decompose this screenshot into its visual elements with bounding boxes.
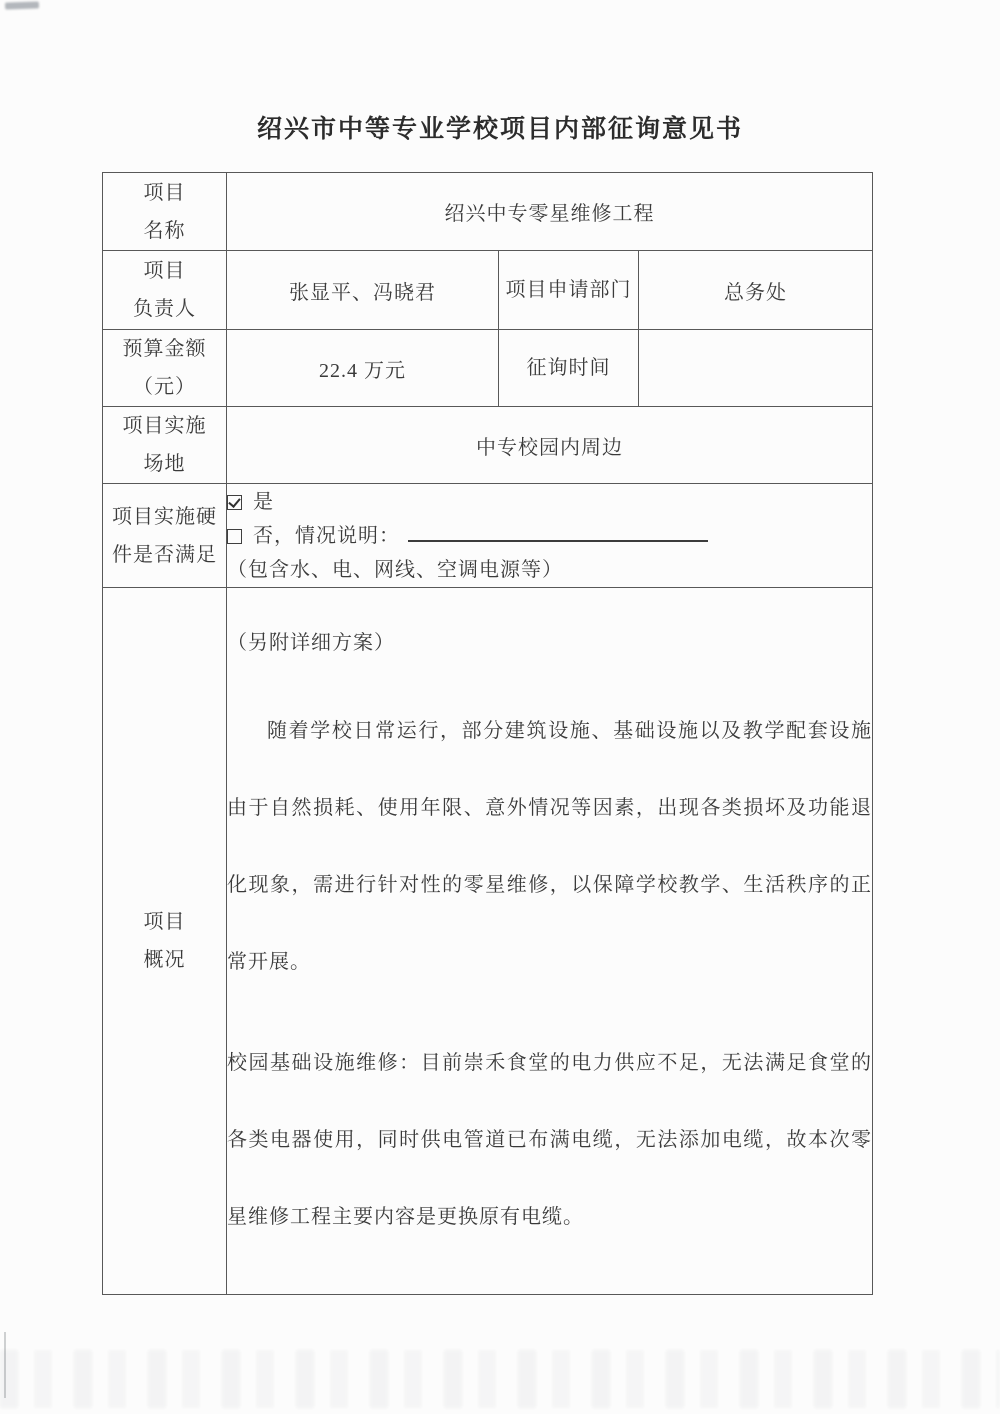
project-leader-label: 项目 负责人	[103, 251, 227, 330]
overview-content: （另附详细方案） 随着学校日常运行，部分建筑设施、基础设施以及教学配套设施由于自…	[227, 588, 873, 1295]
document-title: 绍兴市中等专业学校项目内部征询意见书	[0, 112, 1000, 146]
applying-dept-value: 总务处	[639, 251, 873, 330]
site-label: 项目实施 场地	[103, 407, 227, 484]
checked-checkbox-icon	[227, 495, 242, 510]
hardware-option-no: 否，情况说明：	[227, 519, 872, 553]
project-name-label: 项目 名称	[103, 173, 227, 251]
consult-time-value	[639, 330, 873, 407]
unchecked-checkbox-icon	[227, 529, 242, 544]
consult-time-label: 征询时间	[499, 330, 639, 407]
project-leader-value: 张显平、冯晓君	[227, 251, 499, 330]
attachment-note: （另附详细方案）	[227, 627, 872, 659]
overview-paragraph-2: 校园基础设施维修：目前崇禾食堂的电力供应不足，无法满足食堂的各类电器使用，同时供…	[227, 1025, 872, 1256]
hardware-option-no-label: 否，情况说明：	[253, 525, 400, 547]
hardware-note: （包含水、电、网线、空调电源等）	[227, 553, 872, 587]
row-hardware: 项目实施硬 件是否满足 是 否，情况说明： （包含水、电、网线、空调电源等）	[103, 484, 873, 588]
row-project-leader: 项目 负责人 张显平、冯晓君 项目申请部门 总务处	[103, 251, 873, 330]
explanation-blank-line	[408, 524, 708, 542]
row-project-name: 项目 名称 绍兴中专零星维修工程	[103, 173, 873, 251]
budget-label: 预算金额 （元）	[103, 330, 227, 407]
row-site: 项目实施 场地 中专校园内周边	[103, 407, 873, 484]
overview-label: 项目 概况	[103, 588, 227, 1295]
scan-smudge-artifact	[5, 1, 39, 9]
applying-dept-label: 项目申请部门	[499, 251, 639, 330]
project-name-value: 绍兴中专零星维修工程	[227, 173, 873, 251]
scanned-document-page: 绍兴市中等专业学校项目内部征询意见书 项目 名称 绍兴中专零星维修工程 项目 负…	[0, 0, 1000, 1414]
overview-paragraph-1: 随着学校日常运行，部分建筑设施、基础设施以及教学配套设施由于自然损耗、使用年限、…	[227, 693, 872, 1001]
row-budget: 预算金额 （元） 22.4 万元 征询时间	[103, 330, 873, 407]
hardware-options: 是 否，情况说明： （包含水、电、网线、空调电源等）	[227, 484, 873, 588]
hardware-label: 项目实施硬 件是否满足	[103, 484, 227, 588]
budget-value: 22.4 万元	[227, 330, 499, 407]
hardware-option-yes-label: 是	[253, 491, 274, 513]
consultation-form-table: 项目 名称 绍兴中专零星维修工程 项目 负责人 张显平、冯晓君 项目申请部门 总…	[102, 172, 873, 1295]
hardware-option-yes: 是	[227, 485, 872, 519]
scan-bleedthrough-artifact	[0, 1350, 1000, 1408]
site-value: 中专校园内周边	[227, 407, 873, 484]
row-overview: 项目 概况 （另附详细方案） 随着学校日常运行，部分建筑设施、基础设施以及教学配…	[103, 588, 873, 1295]
